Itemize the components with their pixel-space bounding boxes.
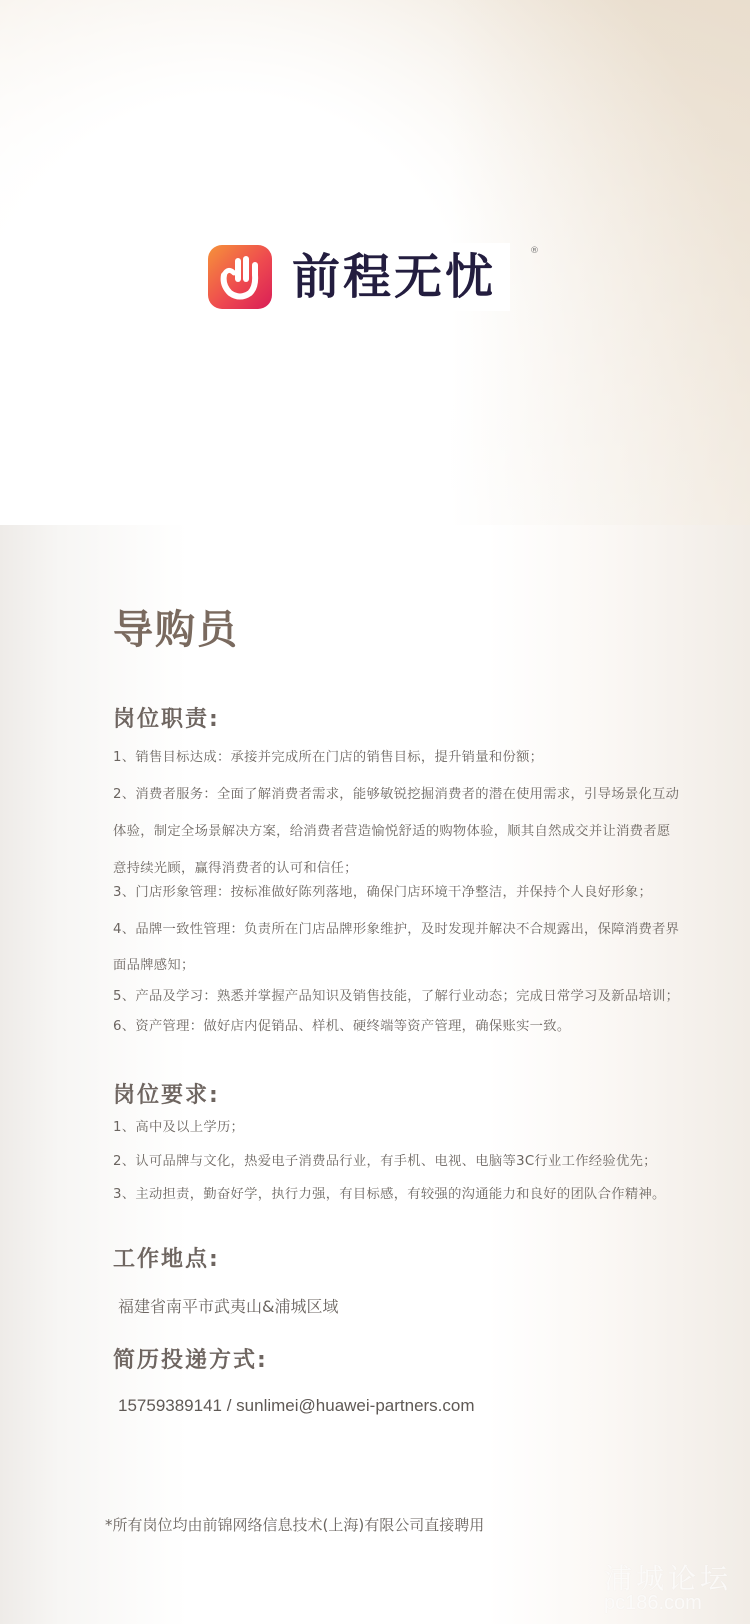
- responsibility-line: 面品牌感知；: [113, 954, 195, 973]
- watermark: 浦城论坛 pc186.com: [604, 1564, 732, 1614]
- responsibility-line: 3、门店形象管理：按标准做好陈列落地，确保门店环境干净整洁，并保持个人良好形象；: [113, 881, 652, 900]
- requirements-heading: 岗位要求:: [113, 1078, 220, 1109]
- brand-name: 前程无忧: [292, 253, 496, 301]
- registered-mark: ®: [530, 247, 539, 256]
- responsibility-line: 体验，制定全场景解决方案，给消费者营造愉悦舒适的购物体验，顺其自然成交并让消费者…: [113, 820, 670, 839]
- responsibility-line: 4、品牌一致性管理：负责所在门店品牌形象维护，及时发现并解决不合规露出，保障消费…: [113, 918, 679, 937]
- apply-contact: 15759389141 / sunlimei@huawei-partners.c…: [118, 1396, 475, 1416]
- hand-gesture-app-icon: [208, 245, 272, 309]
- apply-heading: 简历投递方式:: [113, 1343, 268, 1374]
- job-title: 导购员: [113, 598, 239, 655]
- responsibility-line: 意持续光顾，赢得消费者的认可和信任；: [113, 857, 358, 876]
- responsibility-line: 1、销售目标达成：承接并完成所在门店的销售目标，提升销量和份额；: [113, 746, 543, 765]
- requirement-line: 3、主动担责，勤奋好学，执行力强，有目标感，有较强的沟通能力和良好的团队合作精神…: [113, 1183, 666, 1202]
- responsibility-line: 2、消费者服务：全面了解消费者需求，能够敏锐挖掘消费者的潜在使用需求，引导场景化…: [113, 783, 679, 802]
- location-value: 福建省南平市武夷山&浦城区域: [118, 1294, 338, 1317]
- requirement-line: 2、认可品牌与文化，热爱电子消费品行业，有手机、电视、电脑等3C行业工作经验优先…: [113, 1150, 657, 1169]
- responsibility-line: 5、产品及学习：熟悉并掌握产品知识及销售技能，了解行业动态；完成日常学习及新品培…: [113, 985, 679, 1004]
- location-heading: 工作地点:: [113, 1242, 220, 1273]
- watermark-title: 浦城论坛: [604, 1564, 732, 1593]
- job-posting-body: [0, 525, 750, 1624]
- requirement-line: 1、高中及以上学历；: [113, 1116, 244, 1135]
- employer-footnote: *所有岗位均由前锦网络信息技术(上海)有限公司直接聘用: [105, 1514, 484, 1535]
- watermark-url: pc186.com: [604, 1593, 732, 1614]
- responsibilities-heading: 岗位职责:: [113, 702, 220, 733]
- responsibility-line: 6、资产管理：做好店内促销品、样机、硬终端等资产管理，确保账实一致。: [113, 1015, 570, 1034]
- brand-logo: 前程无忧: [208, 243, 510, 311]
